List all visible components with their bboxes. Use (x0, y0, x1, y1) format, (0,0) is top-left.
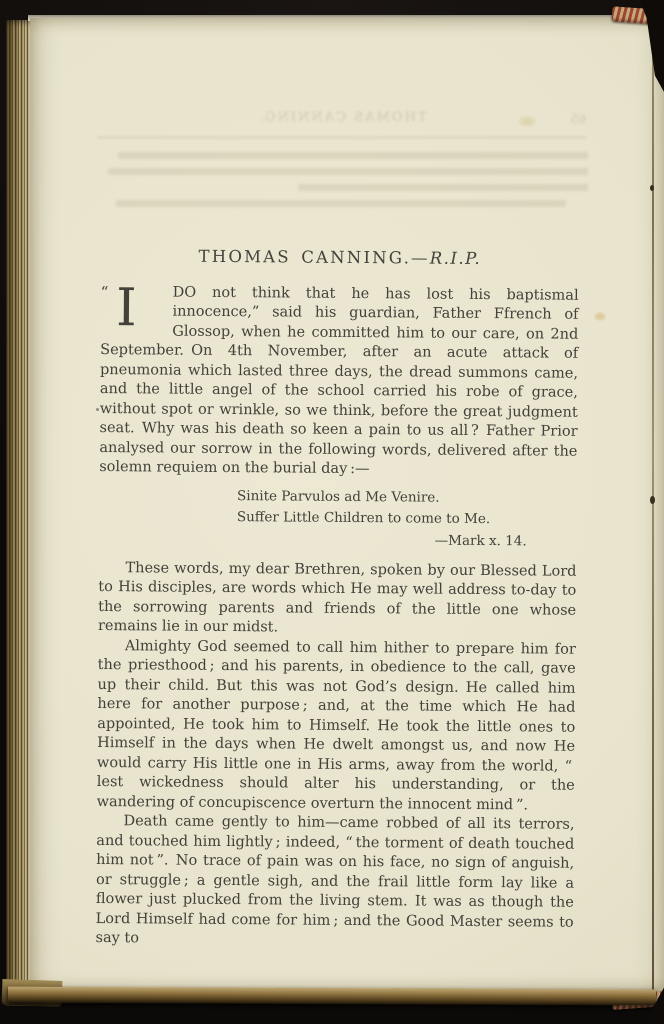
epigraph: Sinite Parvulos ad Me Venire. Suffer Lit… (237, 486, 577, 553)
paper-stain (594, 312, 606, 321)
opening-quote-mark: “ (101, 282, 110, 300)
gutter-speck (650, 496, 655, 504)
paper-stain (518, 116, 536, 127)
title-rip: R.I.P. (430, 249, 482, 268)
ghost-text-line (108, 168, 588, 175)
ghost-text-line (118, 152, 588, 159)
book-page: 65 THOMAS CANNING. THOMAS CANNING.—R.I.P… (30, 18, 664, 992)
page-title: THOMAS CANNING.—R.I.P. (101, 246, 579, 269)
ghost-showthrough: 65 THOMAS CANNING. (92, 98, 592, 230)
ghost-text-line (298, 184, 588, 191)
opening-paragraph: “IDO not think that he has lost his bapt… (99, 282, 579, 481)
paragraph: Death came gently to him—came robbed of … (95, 812, 574, 952)
epigraph-latin: Sinite Parvulos ad Me Venire. (237, 486, 577, 510)
gutter-crease (652, 18, 654, 992)
ghost-page-number: 65 (571, 112, 586, 126)
gutter-speck (650, 185, 654, 191)
ghost-header-text: THOMAS CANNING. (92, 110, 592, 125)
page-edge-stack (6, 20, 31, 1006)
title-dash: — (411, 248, 430, 267)
printed-text-block: THOMAS CANNING.—R.I.P. “IDO not think th… (95, 246, 579, 952)
drop-cap-letter: I (116, 278, 137, 338)
epigraph-attribution: —Mark x. 14. (435, 530, 577, 552)
ghost-text-line (116, 200, 566, 207)
book-photo-scene: 65 THOMAS CANNING. THOMAS CANNING.—R.I.P… (0, 0, 664, 1024)
paragraph: These words, my dear Brethren, spoken by… (98, 558, 577, 640)
ghost-rule (98, 137, 586, 138)
paper-speck (96, 408, 99, 411)
page-bottom-edge (8, 987, 656, 1006)
title-name: THOMAS CANNING. (199, 247, 412, 268)
paragraph: Almighty God seemed to call him hither t… (97, 636, 576, 815)
epigraph-english: Suffer Little Children to come to Me. (237, 507, 577, 531)
drop-cap: “I (100, 282, 172, 340)
